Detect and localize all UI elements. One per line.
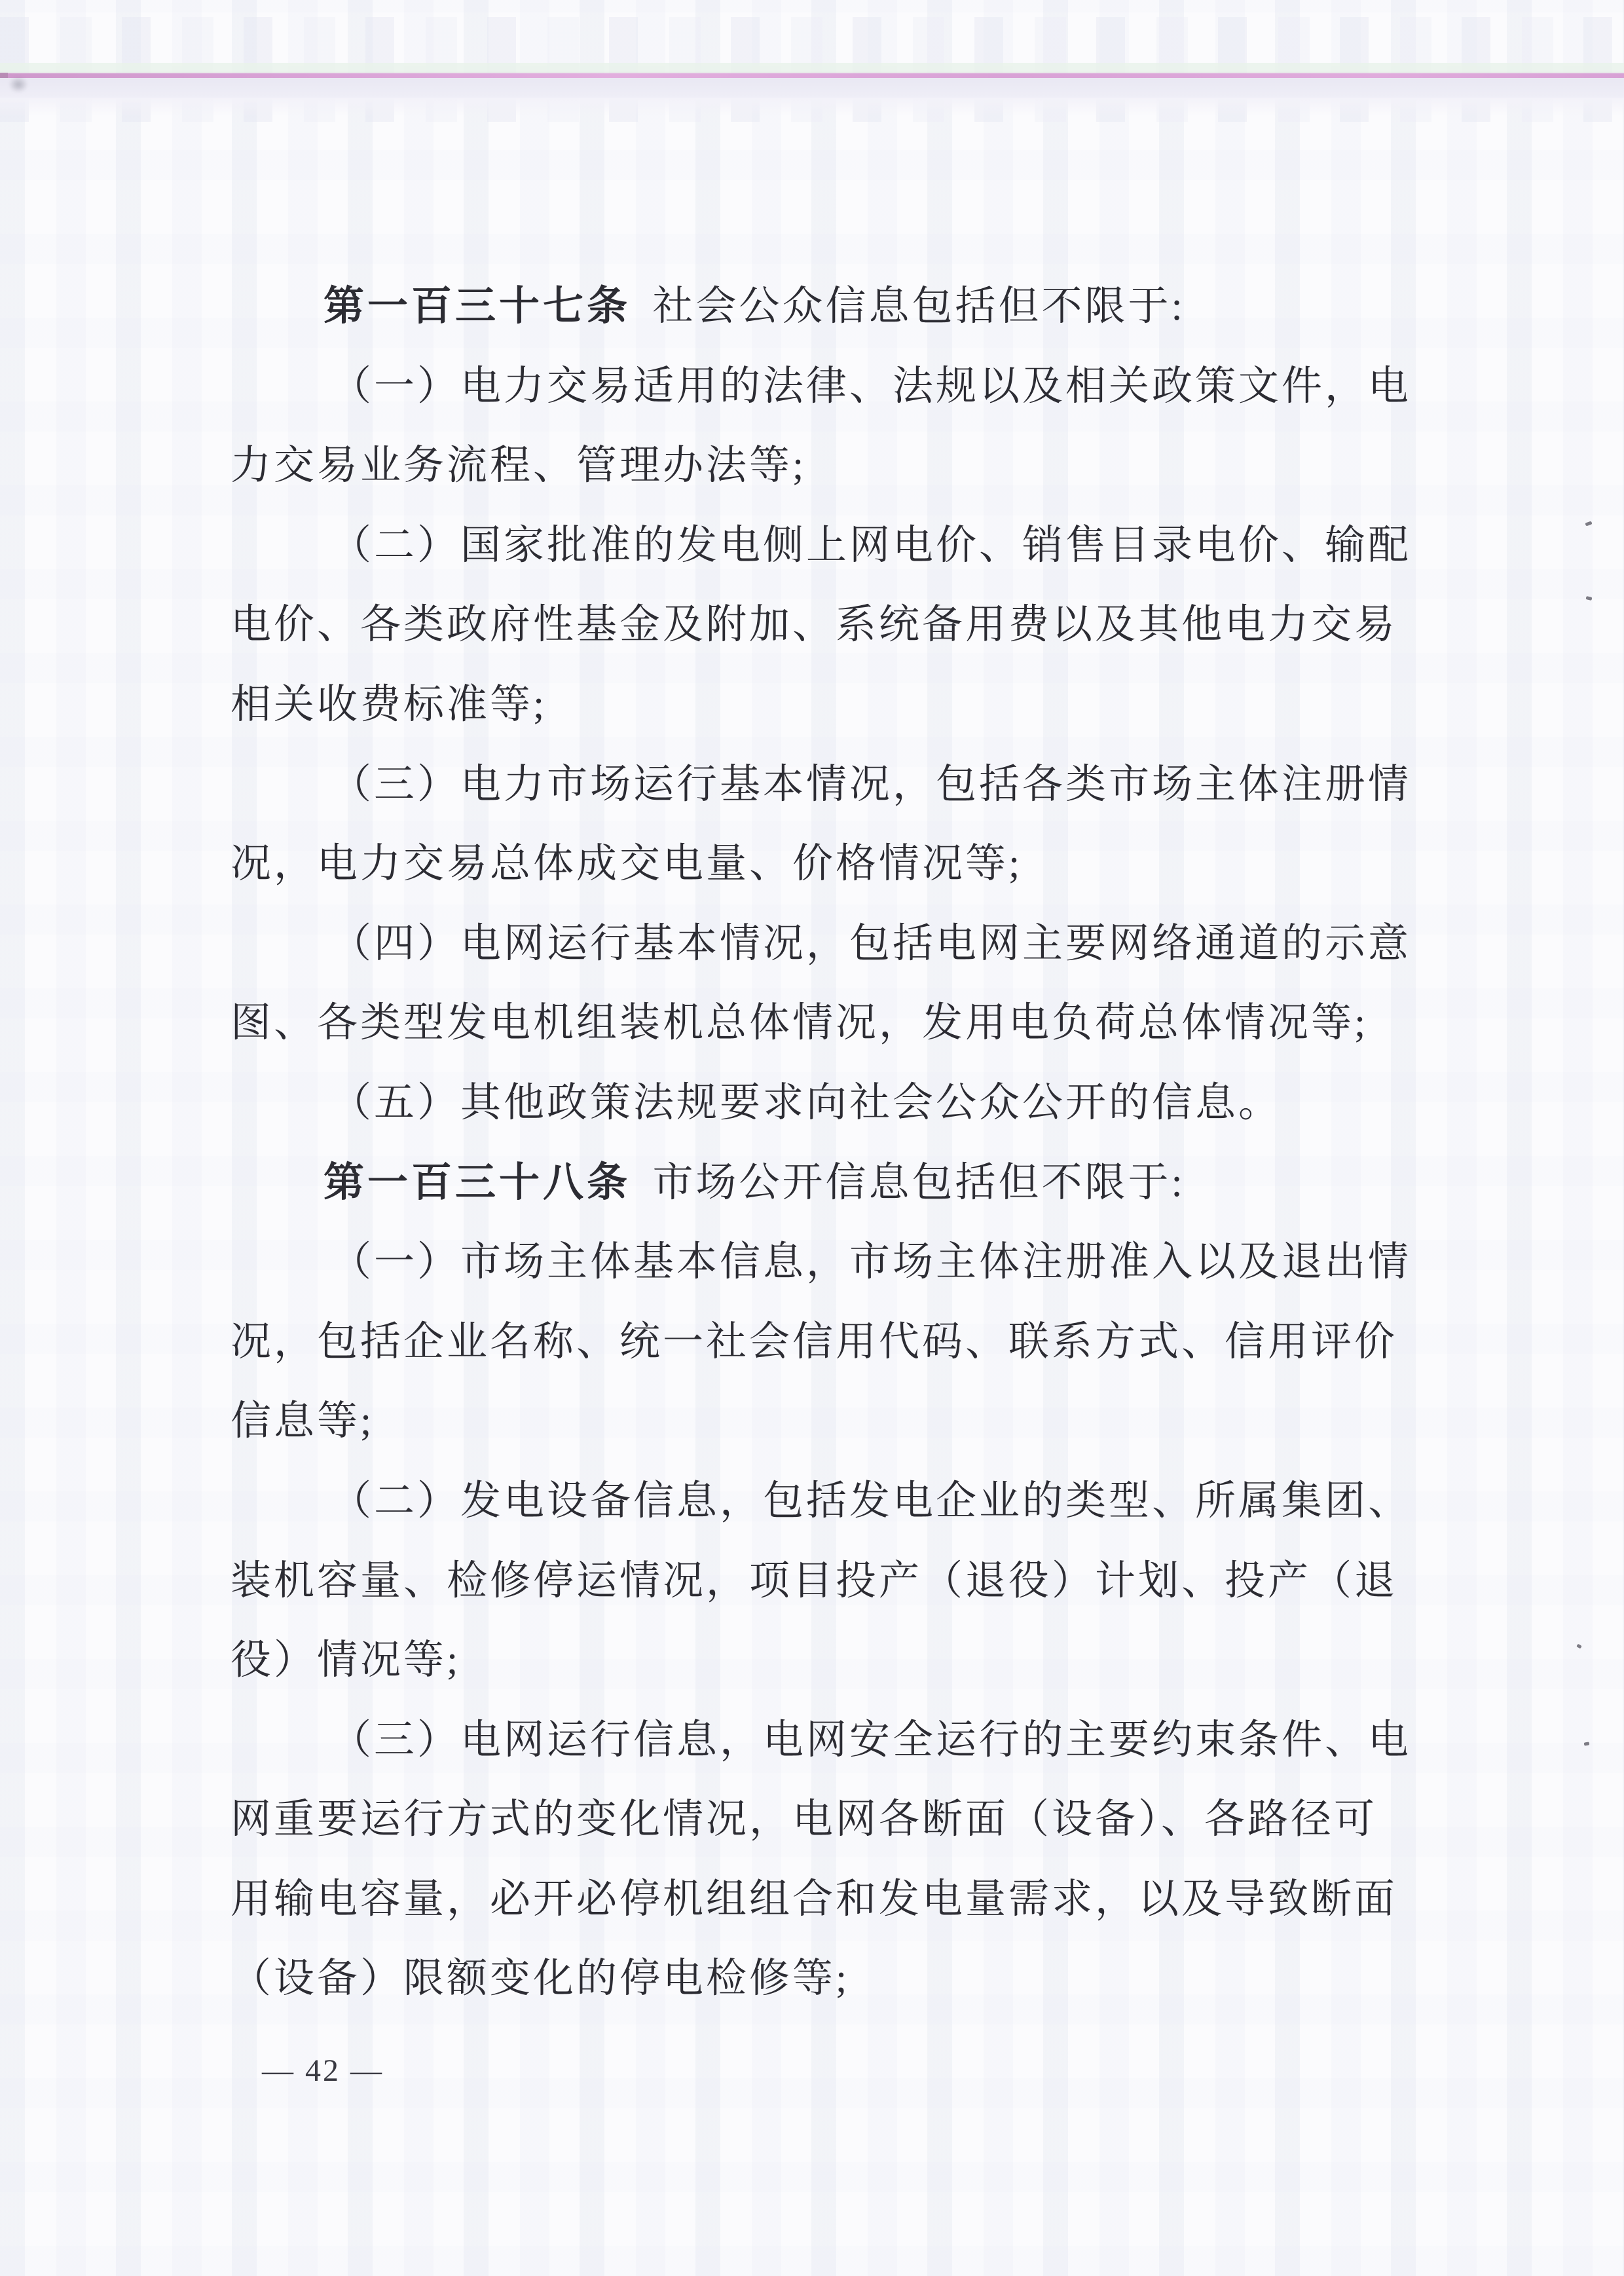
body-text-line: 信息等; [231,1382,1409,1462]
body-text-line: （二）发电设备信息，包括发电企业的类型、所属集团、 [231,1462,1409,1542]
body-text-line: （四）电网运行基本情况，包括电网主要网络通道的示意 [231,905,1409,984]
line-text: 装机容量、检修停运情况，项目投产（退役）计划、投产（退 [231,1559,1397,1603]
body-text-line: 相关收费标准等; [231,665,1409,745]
body-text-line: 装机容量、检修停运情况，项目投产（退役）计划、投产（退 [231,1542,1409,1622]
scan-green-tint-band [0,63,1624,74]
article-number: 第一百三十七条 [323,284,631,329]
scan-pink-line [0,73,1624,78]
line-text: 信息等; [231,1399,374,1444]
line-text: 役）情况等; [231,1638,460,1683]
line-text: （一）电力交易适用的法律、法规以及相关政策文件，电 [331,364,1411,409]
line-text: （一）市场主体基本信息，市场主体注册准入以及退出情 [331,1240,1411,1284]
line-text: 市场公开信息包括但不限于: [640,1161,1185,1205]
body-text-line: 役）情况等; [231,1621,1409,1701]
body-text-line: （二）国家批准的发电侧上网电价、销售目录电价、输配 [231,506,1409,586]
line-text: 用输电容量，必开必停机组组合和发电量需求，以及导致断面 [231,1877,1397,1922]
line-text: 况，电力交易总体成交电量、价格情况等; [231,842,1022,886]
line-text: （五）其他政策法规要求向社会公众公开的信息。 [331,1081,1282,1125]
body-text-line: （一）市场主体基本信息，市场主体注册准入以及退出情 [231,1223,1409,1303]
article-heading-line: 第一百三十七条 社会公众信息包括但不限于: [231,267,1409,347]
line-text: 网重要运行方式的变化情况，电网各断面（设备）、各路径可 [231,1797,1377,1842]
body-text-line: （一）电力交易适用的法律、法规以及相关政策文件，电 [231,347,1409,427]
body-text-line: （三）电网运行信息，电网安全运行的主要约束条件、电 [231,1701,1409,1781]
ink-speck [1585,521,1592,526]
line-text: （三）电网运行信息，电网安全运行的主要约束条件、电 [331,1718,1411,1763]
body-text-line: （设备）限额变化的停电检修等; [231,1939,1409,2019]
body-text-line: 况，电力交易总体成交电量、价格情况等; [231,825,1409,905]
body-text-line: 况，包括企业名称、统一社会信用代码、联系方式、信用评价 [231,1303,1409,1383]
body-text-line: （五）其他政策法规要求向社会公众公开的信息。 [231,1064,1409,1144]
document-body: 第一百三十七条 社会公众信息包括但不限于:（一）电力交易适用的法律、法规以及相关… [231,267,1409,2019]
line-text: 相关收费标准等; [231,682,547,727]
line-text: 电价、各类政府性基金及附加、系统备用费以及其他电力交易 [231,603,1397,647]
line-text: （二）发电设备信息，包括发电企业的类型、所属集团、 [331,1479,1411,1523]
body-text-line: 用输电容量，必开必停机组组合和发电量需求，以及导致断面 [231,1860,1409,1940]
scan-lavender-band [0,78,1624,98]
line-text: 况，包括企业名称、统一社会信用代码、联系方式、信用评价 [231,1320,1397,1364]
body-text-line: 图、各类型发电机组装机总体情况，发用电负荷总体情况等; [231,984,1409,1064]
article-number: 第一百三十八条 [323,1161,631,1205]
line-text: 社会公众信息包括但不限于: [640,284,1185,329]
body-text-line: （三）电力市场运行基本情况，包括各类市场主体注册情 [231,745,1409,825]
ink-speck [1586,596,1593,601]
scan-edge-smudge [5,73,31,96]
article-heading-line: 第一百三十八条 市场公开信息包括但不限于: [231,1144,1409,1223]
body-text-line: 电价、各类政府性基金及附加、系统备用费以及其他电力交易 [231,586,1409,665]
document-page: 第一百三十七条 社会公众信息包括但不限于:（一）电力交易适用的法律、法规以及相关… [0,0,1624,2276]
body-text-line: 网重要运行方式的变化情况，电网各断面（设备）、各路径可 [231,1780,1409,1860]
line-text: （三）电力市场运行基本情况，包括各类市场主体注册情 [331,762,1411,807]
line-text: （设备）限额变化的停电检修等; [231,1956,849,2001]
ink-speck [1584,1742,1590,1745]
page-number: — 42 — [262,2053,384,2089]
line-text: 力交易业务流程、管理办法等; [231,443,806,488]
line-text: （二）国家批准的发电侧上网电价、销售目录电价、输配 [331,523,1411,568]
line-text: 图、各类型发电机组装机总体情况，发用电负荷总体情况等; [231,1001,1368,1045]
line-text: （四）电网运行基本情况，包括电网主要网络通道的示意 [331,922,1411,966]
ink-speck [1576,1644,1582,1649]
scan-lavender-fade [0,98,1624,116]
body-text-line: 力交易业务流程、管理办法等; [231,426,1409,506]
